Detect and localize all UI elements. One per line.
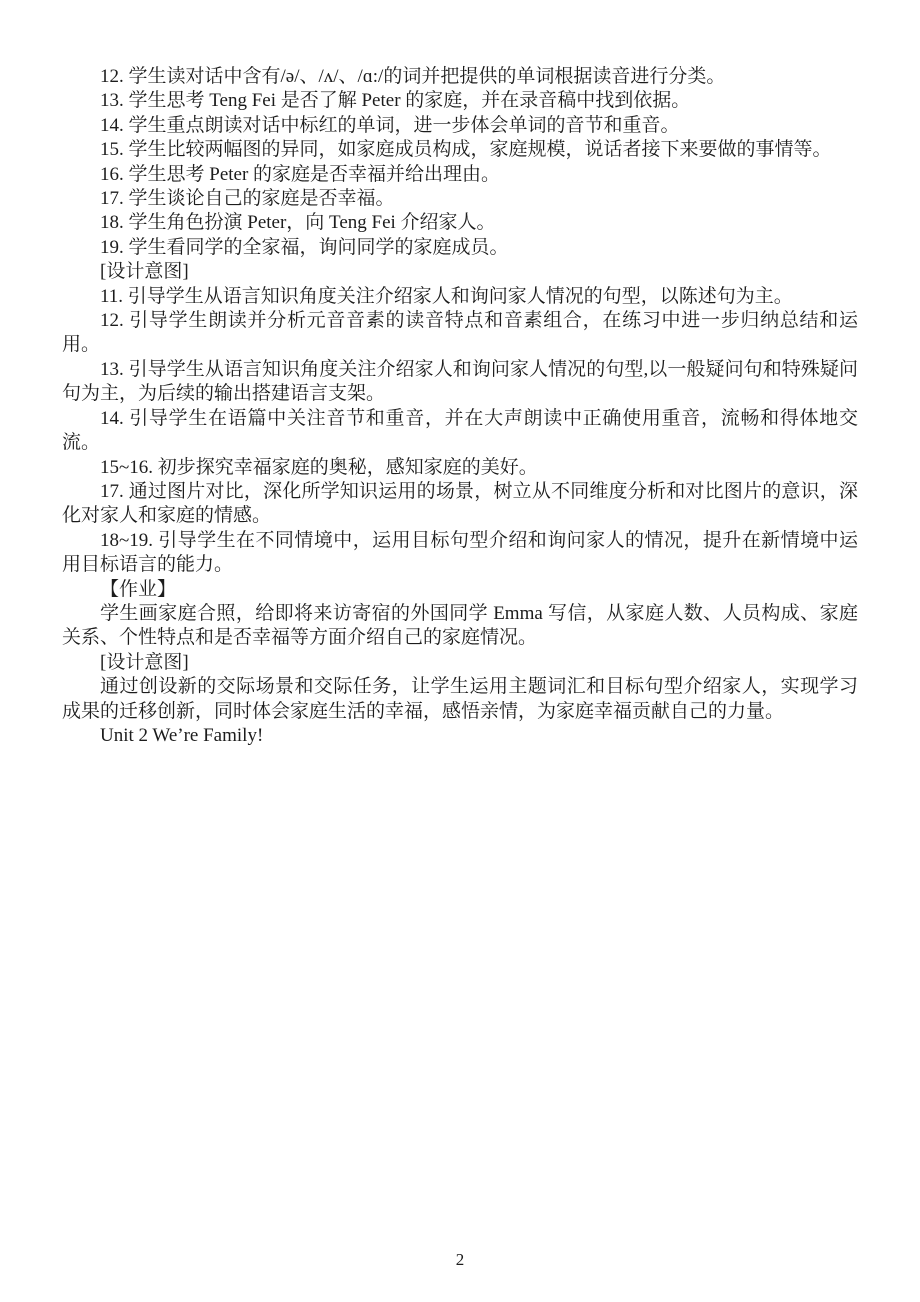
paragraph: 12. 引导学生朗读并分析元音音素的读音特点和音素组合，在练习中进一步归纳总结和… bbox=[62, 309, 858, 358]
paragraph: 18~19. 引导学生在不同情境中，运用目标句型介绍和询问家人的情况，提升在新情… bbox=[62, 529, 858, 578]
paragraph: 14. 引导学生在语篇中关注音节和重音，并在大声朗读中正确使用重音，流畅和得体地… bbox=[62, 407, 858, 456]
paragraph: 15~16. 初步探究幸福家庭的奥秘，感知家庭的美好。 bbox=[62, 456, 858, 480]
document-body: 12. 学生读对话中含有/ə/、/ʌ/、/ɑ:/的词并把提供的单词根据读音进行分… bbox=[62, 65, 858, 748]
design-intent-heading: [设计意图] bbox=[62, 651, 858, 675]
paragraph: 13. 学生思考 Teng Fei 是否了解 Peter 的家庭，并在录音稿中找… bbox=[62, 89, 858, 113]
document-page: 12. 学生读对话中含有/ə/、/ʌ/、/ɑ:/的词并把提供的单词根据读音进行分… bbox=[0, 0, 920, 1302]
paragraph: 12. 学生读对话中含有/ə/、/ʌ/、/ɑ:/的词并把提供的单词根据读音进行分… bbox=[62, 65, 858, 89]
paragraph: 18. 学生角色扮演 Peter，向 Teng Fei 介绍家人。 bbox=[62, 211, 858, 235]
paragraph: 11. 引导学生从语言知识角度关注介绍家人和询问家人情况的句型，以陈述句为主。 bbox=[62, 285, 858, 309]
page-number: 2 bbox=[0, 1250, 920, 1270]
unit-title: Unit 2 We’re Family! bbox=[62, 724, 858, 748]
paragraph: 13. 引导学生从语言知识角度关注介绍家人和询问家人情况的句型,以一般疑问句和特… bbox=[62, 358, 858, 407]
paragraph: 17. 通过图片对比，深化所学知识运用的场景，树立从不同维度分析和对比图片的意识… bbox=[62, 480, 858, 529]
paragraph: 通过创设新的交际场景和交际任务，让学生运用主题词汇和目标句型介绍家人，实现学习成… bbox=[62, 675, 858, 724]
paragraph: 17. 学生谈论自己的家庭是否幸福。 bbox=[62, 187, 858, 211]
paragraph: 16. 学生思考 Peter 的家庭是否幸福并给出理由。 bbox=[62, 163, 858, 187]
design-intent-heading: [设计意图] bbox=[62, 260, 858, 284]
homework-heading: 【作业】 bbox=[62, 578, 858, 602]
paragraph: 14. 学生重点朗读对话中标红的单词，进一步体会单词的音节和重音。 bbox=[62, 114, 858, 138]
paragraph: 15. 学生比较两幅图的异同，如家庭成员构成，家庭规模，说话者接下来要做的事情等… bbox=[62, 138, 858, 162]
paragraph: 19. 学生看同学的全家福，询问同学的家庭成员。 bbox=[62, 236, 858, 260]
paragraph: 学生画家庭合照，给即将来访寄宿的外国同学 Emma 写信，从家庭人数、人员构成、… bbox=[62, 602, 858, 651]
